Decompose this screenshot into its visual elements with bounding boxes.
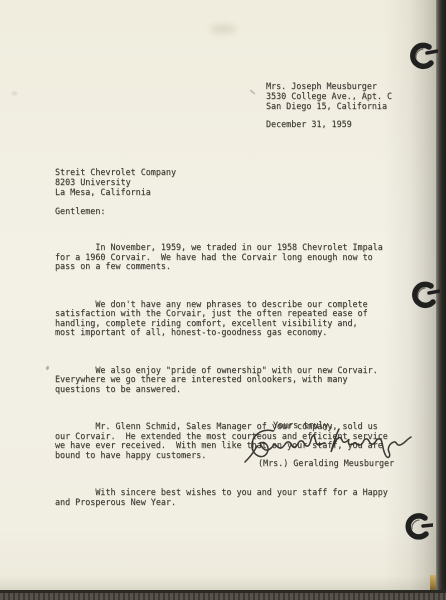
paper-smudge — [249, 89, 256, 95]
salutation: Gentlemen: — [55, 207, 105, 217]
paper-smudge — [210, 24, 236, 34]
paragraph-1: In November, 1959, we traded in our 1958… — [55, 243, 400, 272]
paragraph-2: We don't have any new phrases to describ… — [55, 300, 400, 338]
scanned-letter-page: Mrs. Joseph Meusburger 3530 College Ave.… — [0, 0, 446, 600]
binder-ring-icon — [408, 281, 440, 313]
typed-signature-name: (Mrs.) Geralding Meusburger — [258, 459, 394, 469]
paragraph-5: With sincere best wishes to you and your… — [55, 488, 400, 507]
letter-date: December 31, 1959 — [266, 120, 352, 130]
recipient-address-block: Streit Chevrolet Company 8203 University… — [55, 167, 176, 197]
bottom-scan-shade — [0, 576, 446, 590]
binder-ring-icon — [406, 42, 438, 74]
letter-body: In November, 1959, we traded in our 1958… — [55, 224, 400, 535]
paper-smudge — [46, 366, 49, 370]
sender-address-block: Mrs. Joseph Meusburger 3530 College Ave.… — [266, 81, 392, 111]
bottom-scan-strip — [0, 593, 446, 600]
binder-ring-icon — [401, 512, 433, 544]
paragraph-3: We also enjoy "pride of ownership" with … — [55, 366, 400, 395]
paper-smudge — [12, 92, 17, 95]
